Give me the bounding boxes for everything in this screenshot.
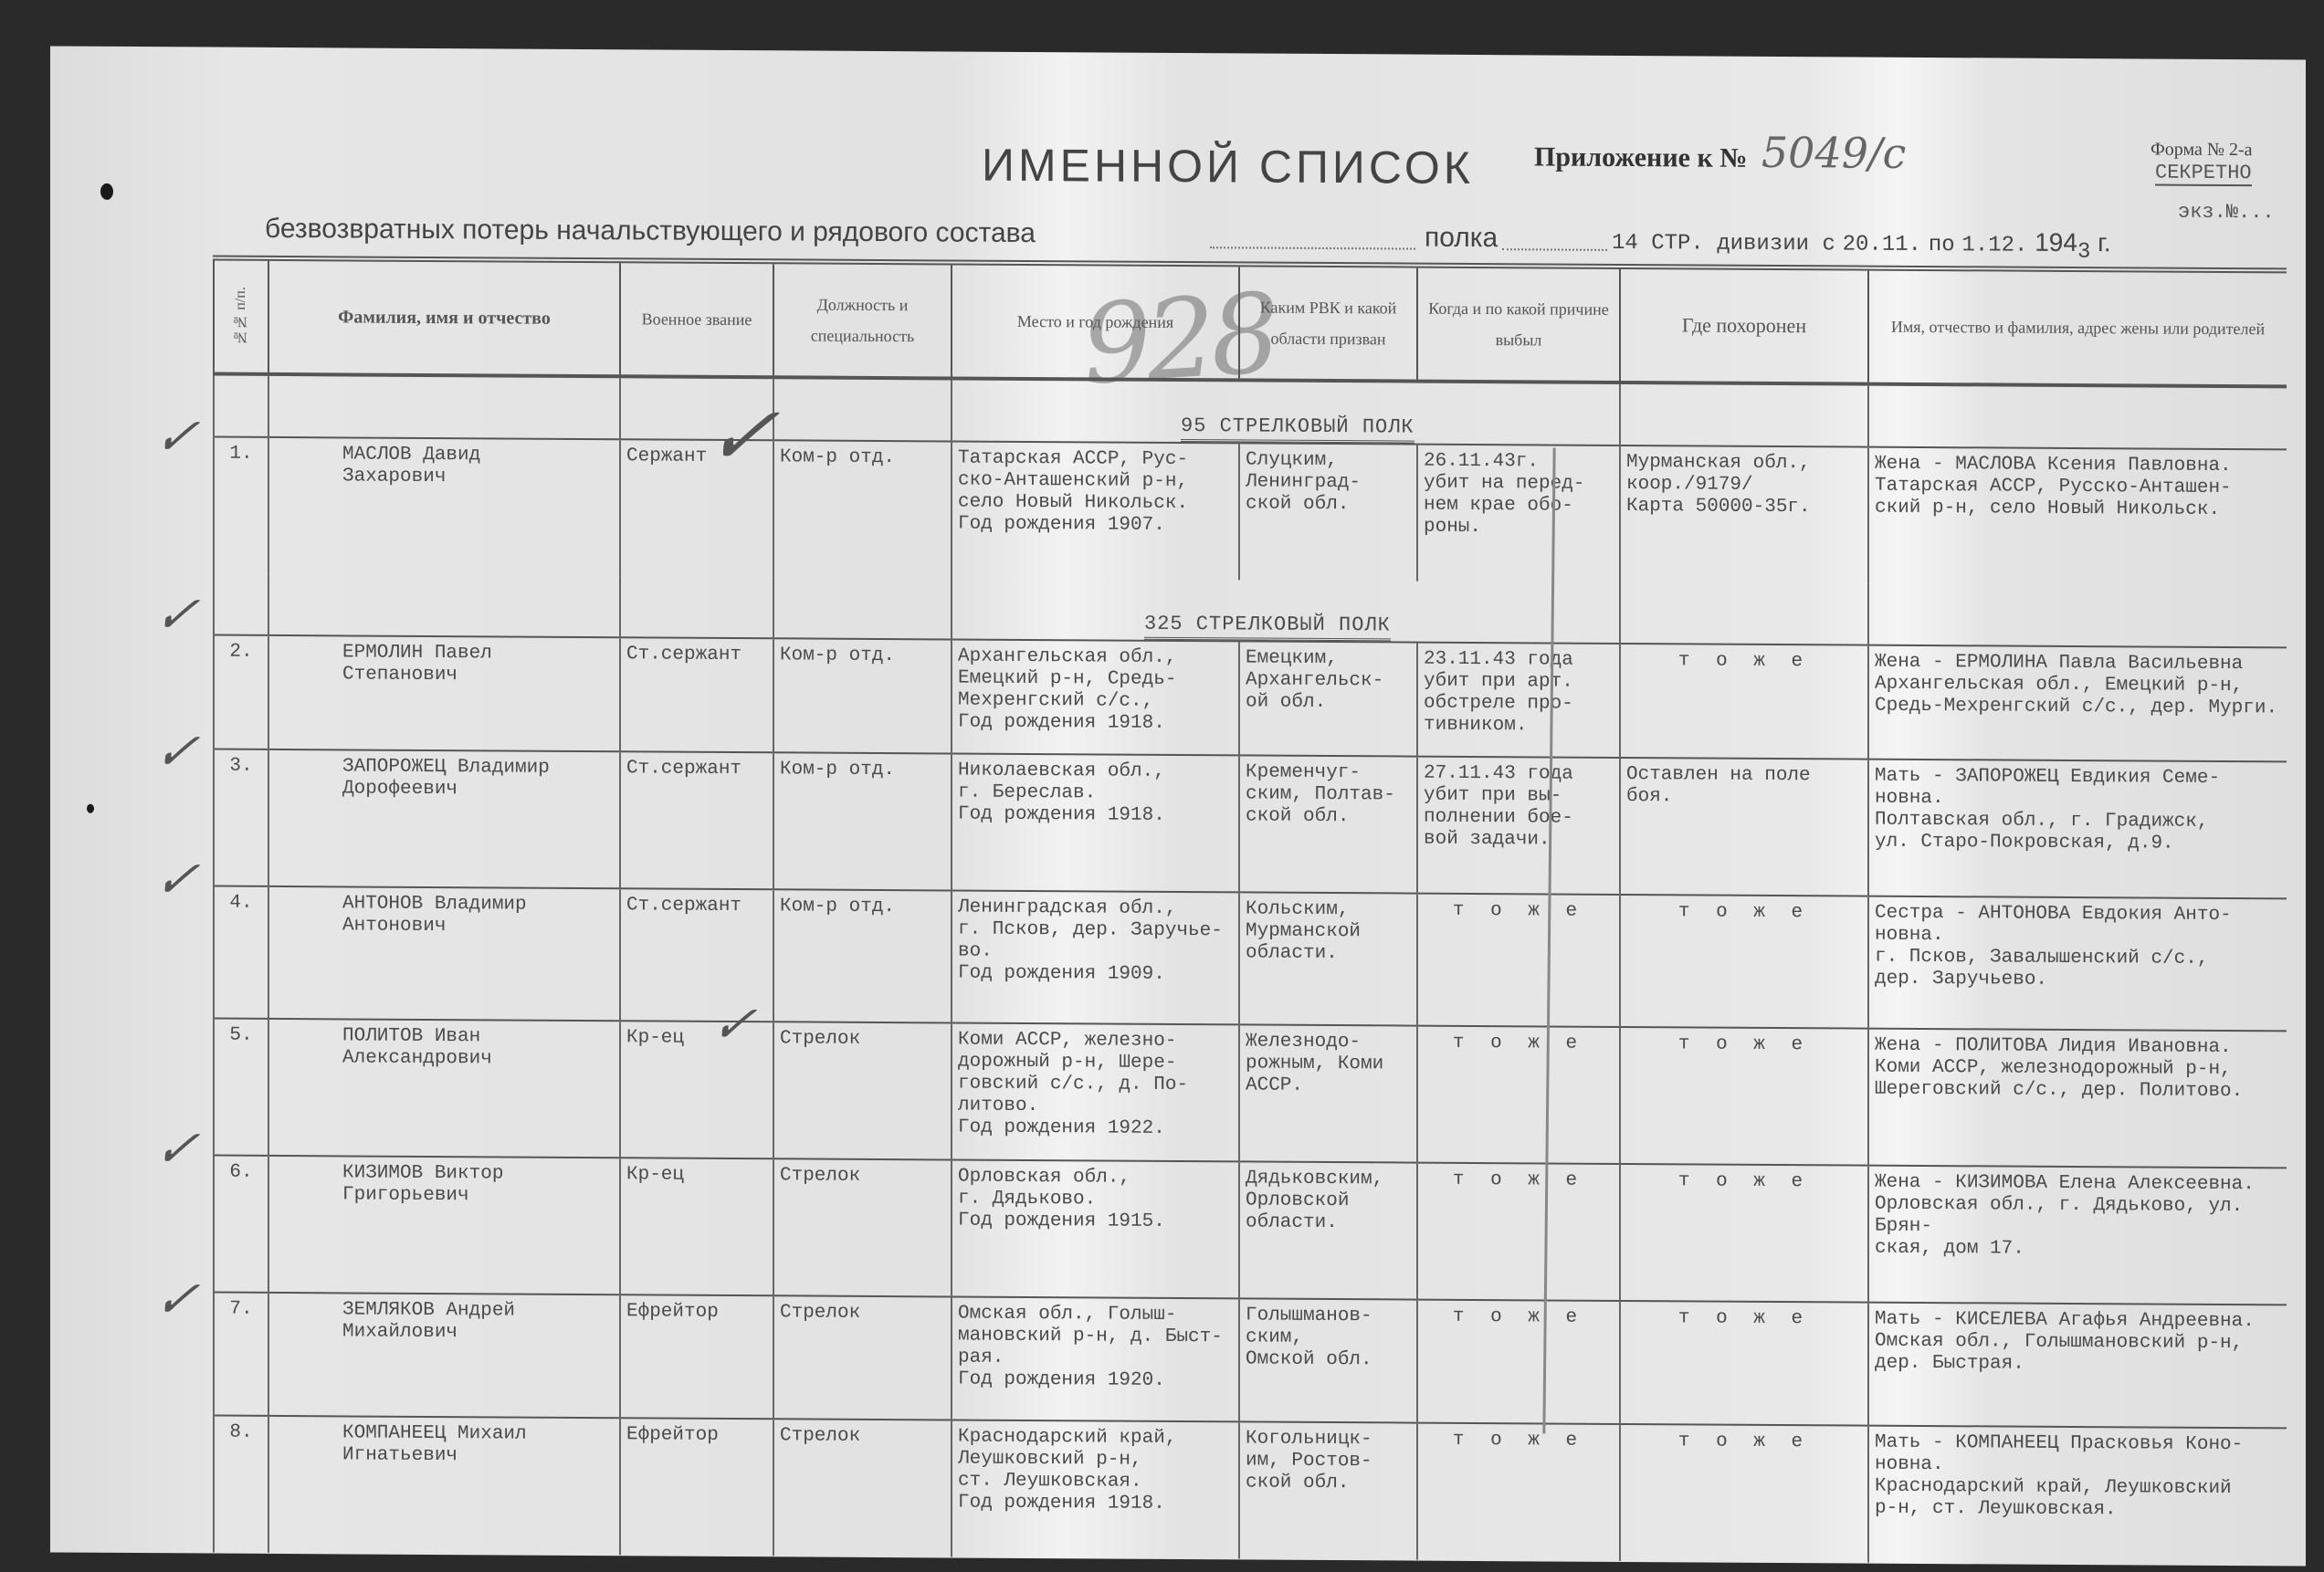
row-rank: Ефрейтор — [620, 1418, 773, 1556]
secret-stamp: СЕКРЕТНО — [2155, 162, 2252, 187]
row-when: т о ж е — [1417, 1300, 1620, 1424]
table-row: 2. ЕРМОЛИН Павел Степанович Ст.сержант К… — [214, 635, 2287, 762]
dotted-fill-line — [1210, 246, 1415, 249]
row-rank: Ефрейтор — [620, 1294, 773, 1419]
period-from: 20.11. — [1843, 232, 1921, 257]
row-buried: т о ж е — [1620, 1424, 1868, 1563]
table-row: 3. ЗАПОРОЖЕЦ Владимир Дорофеевич Ст.серж… — [214, 749, 2287, 899]
table-row: 6. КИЗИМОВ Виктор Григорьевич Кр-ец Стре… — [214, 1156, 2287, 1305]
table-row: 8. КОМПАНЕЕЦ Михаил Игнатьевич Ефрейтор … — [214, 1416, 2287, 1566]
row-relatives: Сестра - АНТОНОВА Евдокия Анто- новна. г… — [1868, 896, 2287, 1032]
row-rvk: Дядьковским, Орловской области. — [1239, 1161, 1417, 1299]
col-relatives: Имя, отчество и фамилия, адрес жены или … — [1868, 268, 2287, 387]
table-row: 1. МАСЛОВ Давид Захарович Сержант Ком-р … — [214, 437, 2287, 587]
row-rank: Кр-ец — [620, 1158, 773, 1295]
row-name: АНТОНОВ Владимир Антонович — [268, 886, 620, 1021]
col-rvk: Каким РВК и какой области призван — [1239, 264, 1417, 381]
row-name: ПОЛИТОВ Иван Александрович — [268, 1019, 620, 1158]
section-label: 95 СТРЕЛКОВЫЙ ПОЛК — [1181, 415, 1414, 444]
row-birth: Архангельская обл., Емецкий р-н, Средь- … — [952, 639, 1239, 755]
row-name: КИЗИМОВ Виктор Григорьевич — [268, 1156, 620, 1294]
row-name: ЗАПОРОЖЕЦ Владимир Дорофеевич — [268, 749, 620, 888]
period-to: 1.12. — [1961, 233, 2027, 257]
row-position: Ком-р отд. — [773, 440, 952, 578]
appendix-label: Приложение к № — [1534, 141, 1747, 173]
form-number: Форма № 2-а — [2150, 140, 2253, 162]
row-position: Стрелок — [773, 1022, 952, 1159]
row-birth: Коми АССР, железно- дорожный р-н, Шере- … — [952, 1022, 1239, 1161]
row-number: 3. — [214, 749, 268, 886]
row-birth: Ленинградская обл., г. Псков, дер. Заруч… — [952, 890, 1239, 1024]
row-number: 5. — [214, 1019, 268, 1156]
row-relatives: Жена - ЕРМОЛИНА Павла Васильевна Арханге… — [1868, 645, 2287, 762]
row-rank: Ст.сержант — [620, 751, 773, 889]
check-mark-icon: ✓ — [150, 585, 203, 645]
col-birth: Место и год рождения — [952, 262, 1239, 380]
row-birth: Николаевская обл., г. Береслав. Год рожд… — [952, 753, 1239, 892]
document-title: ИМЕННОЙ СПИСОК — [982, 139, 1474, 194]
row-when: т о ж е — [1417, 1423, 1620, 1561]
col-buried: Где похоронен — [1620, 267, 1868, 384]
document-subtitle: безвозвратных потерь начальствующего и р… — [265, 214, 1036, 249]
table-row: 4. АНТОНОВ Владимир Антонович Ст.сержант… — [214, 886, 2287, 1032]
document-sheet: ИМЕННОЙ СПИСОК Приложение к № 5049/с Фор… — [50, 46, 2306, 1566]
row-position: Стрелок — [773, 1158, 952, 1296]
row-buried: т о ж е — [1620, 1301, 1868, 1426]
row-rvk: Емецким, Архангельск- ой обл. — [1239, 641, 1417, 756]
division-text: 14 СТР. дивизии с — [1612, 231, 1835, 257]
punch-hole — [100, 183, 113, 200]
row-position: Ком-р отд. — [773, 638, 952, 753]
row-relatives: Мать - КОМПАНЕЕЦ Прасковья Коно- новна. … — [1868, 1426, 2287, 1566]
row-relatives: Жена - КИЗИМОВА Елена Алексеевна. Орловс… — [1868, 1166, 2287, 1305]
row-position: Стрелок — [773, 1295, 952, 1420]
col-when: Когда и по какой причине выбыл — [1417, 266, 1620, 383]
section-label: 325 СТРЕЛКОВЫЙ ПОЛК — [1144, 613, 1391, 642]
casualty-table: №№ п/п. Фамилия, имя и отчество Военное … — [213, 256, 2287, 1566]
row-birth: Орловская обл., г. Дядьково. Год рождени… — [952, 1159, 1239, 1298]
row-rvk: Голышманов- ским, Омской обл. — [1239, 1298, 1417, 1422]
row-relatives: Мать - ЗАПОРОЖЕЦ Евдикия Семе- новна. По… — [1868, 760, 2287, 899]
row-rvk: Когольницк- им, Ростов- ской обл. — [1239, 1421, 1417, 1559]
check-mark-icon: ✓ — [150, 850, 203, 909]
col-position: Должность и специальность — [773, 261, 952, 378]
appendix-number: 5049/с — [1761, 128, 1906, 178]
division-period: 14 СТР. дивизии с 20.11. по 1.12. 1943 г… — [1612, 225, 2111, 265]
row-name: КОМПАНЕЕЦ Михаил Игнатьевич — [268, 1416, 620, 1555]
row-buried: т о ж е — [1620, 1027, 1868, 1166]
year-suffix: 3 — [2077, 240, 2090, 265]
row-name: ЗЕМЛЯКОВ Андрей Михайлович — [268, 1293, 620, 1418]
row-when: т о ж е — [1417, 1163, 1620, 1301]
check-mark-icon: ✓ — [150, 1270, 203, 1329]
table-header: №№ п/п. Фамилия, имя и отчество Военное … — [214, 258, 2287, 387]
row-relatives: Мать - КИСЕЛЕВА Агафья Андреевна. Омская… — [1868, 1303, 2287, 1429]
check-mark-icon: ✓ — [150, 407, 203, 466]
col-name: Фамилия, имя и отчество — [268, 258, 620, 376]
row-rvk: Кременчуг- ским, Полтав- ской обл. — [1239, 755, 1417, 893]
row-number: 7. — [214, 1293, 268, 1416]
table-row: 5. ПОЛИТОВ Иван Александрович Кр-ец Стре… — [214, 1019, 2287, 1169]
check-mark-icon: ✓ — [150, 1119, 203, 1179]
check-mark-icon: ✓ — [150, 722, 203, 781]
row-buried: т о ж е — [1620, 1164, 1868, 1303]
appendix-reference: Приложение к № 5049/с — [1534, 126, 1906, 177]
row-rvk: Кольским, Мурманской области. — [1239, 892, 1417, 1025]
row-buried: Мурманская обл., коор./9179/ Карта 50000… — [1620, 445, 1868, 584]
row-relatives: Жена - МАСЛОВА Ксения Павловна. Татарска… — [1868, 447, 2287, 587]
row-when: 23.11.43 года убит при арт. обстреле про… — [1417, 643, 1620, 758]
row-name: ЕРМОЛИН Павел Степанович — [268, 635, 620, 751]
row-rank: Ст.сержант — [620, 637, 773, 752]
row-birth: Омская обл., Голыш- мановский р-н, д. Бы… — [952, 1296, 1239, 1421]
col-number: №№ п/п. — [214, 258, 268, 374]
row-number: 4. — [214, 886, 268, 1019]
row-birth: Краснодарский край, Леушковский р-н, ст.… — [952, 1420, 1239, 1558]
col-rank: Военное звание — [620, 260, 773, 377]
row-when: 26.11.43г. убит на перед- нем крае обо- … — [1417, 445, 1620, 582]
row-birth: Татарская АССР, Рус- ско-Анташенский р-н… — [952, 441, 1239, 580]
row-when: 27.11.43 года убит при вы- полнении бое-… — [1417, 757, 1620, 895]
row-rvk: Железнодо- рожным, Коми АССР. — [1239, 1024, 1417, 1162]
row-relatives: Жена - ПОЛИТОВА Лидия Ивановна. Коми АСС… — [1868, 1029, 2287, 1169]
row-when: т о ж е — [1417, 1026, 1620, 1164]
row-name: МАСЛОВ Давид Захарович — [268, 437, 620, 576]
row-when: т о ж е — [1417, 894, 1620, 1027]
year-prefix: 194 — [2035, 228, 2077, 257]
row-rvk: Слуцким, Ленинград- ской обл. — [1239, 443, 1417, 581]
punch-hole — [87, 804, 94, 813]
row-position: Стрелок — [773, 1419, 952, 1556]
row-number: 1. — [214, 437, 268, 574]
row-buried: Оставлен на поле боя. — [1620, 758, 1868, 896]
dotted-fill-line — [1502, 248, 1607, 251]
table-row: 7. ЗЕМЛЯКОВ Андрей Михайлович Ефрейтор С… — [214, 1293, 2287, 1429]
row-position: Ком-р отд. — [773, 889, 952, 1022]
row-buried: т о ж е — [1620, 895, 1868, 1029]
row-number: 8. — [214, 1416, 268, 1553]
regiment-label: полка — [1425, 223, 1498, 254]
row-number: 6. — [214, 1156, 268, 1293]
copy-number: экз.№... — [2178, 201, 2275, 225]
year-label: г. — [2098, 228, 2111, 257]
row-position: Ком-р отд. — [773, 752, 952, 890]
row-number: 2. — [214, 635, 268, 749]
period-mid: по — [1929, 233, 1955, 257]
row-buried: т о ж е — [1620, 644, 1868, 760]
